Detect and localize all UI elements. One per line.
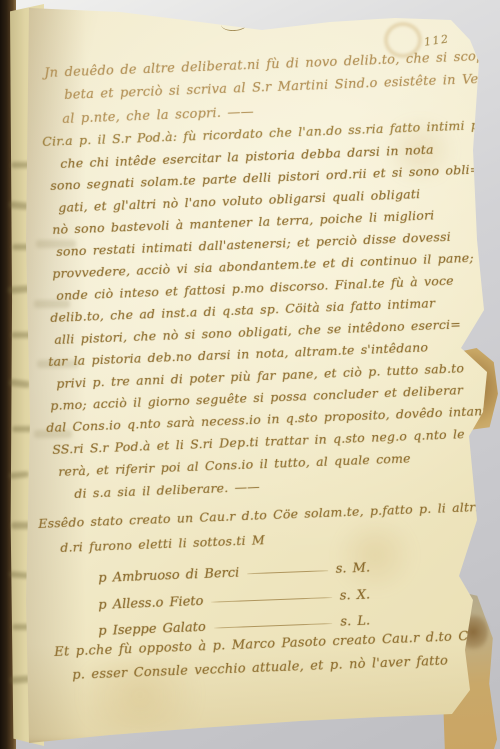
manuscript-page: i.H.s 112 Jn deuêdo de altre deliberat.n… [0, 0, 500, 749]
vote-tally: s. L. [340, 614, 370, 630]
manuscript-line: Essêdo stato creato un Cau.r d.to Cöe so… [38, 499, 480, 531]
invocation-text: i.H.s [221, 13, 249, 25]
elected-name: p Iseppe Galato [98, 620, 206, 639]
tally-dash-line [247, 570, 328, 574]
paper-stain [330, 520, 420, 590]
manuscript-photo: i.H.s 112 Jn deuêdo de altre deliberat.n… [0, 0, 500, 749]
invocation-flourish [221, 22, 247, 31]
manuscript-line: p. esser Consule vecchio attuale, et p. … [72, 654, 448, 683]
tally-dash-line [214, 623, 333, 629]
elected-name: p Ambruoso di Berci [98, 566, 240, 586]
elected-row: p Ambruoso di Berci s. M. [98, 561, 370, 586]
vote-tally: s. M. [335, 561, 370, 577]
manuscript-line: di s.a sia il deliberare. —— [74, 479, 260, 501]
manuscript-line: d.ri furono eletti li sottos.ti M [60, 532, 265, 555]
manuscript-line: al p.nte, che la scopri. —— [62, 105, 254, 127]
vote-tally: s. X. [339, 588, 370, 604]
elected-row: p Alless.o Fieto s. X. [98, 588, 370, 613]
elected-name: p Alless.o Fieto [98, 594, 204, 613]
folio-number: 112 [423, 32, 450, 48]
tally-dash-line [211, 597, 331, 603]
ihs-invocation: i.H.s [221, 13, 249, 31]
